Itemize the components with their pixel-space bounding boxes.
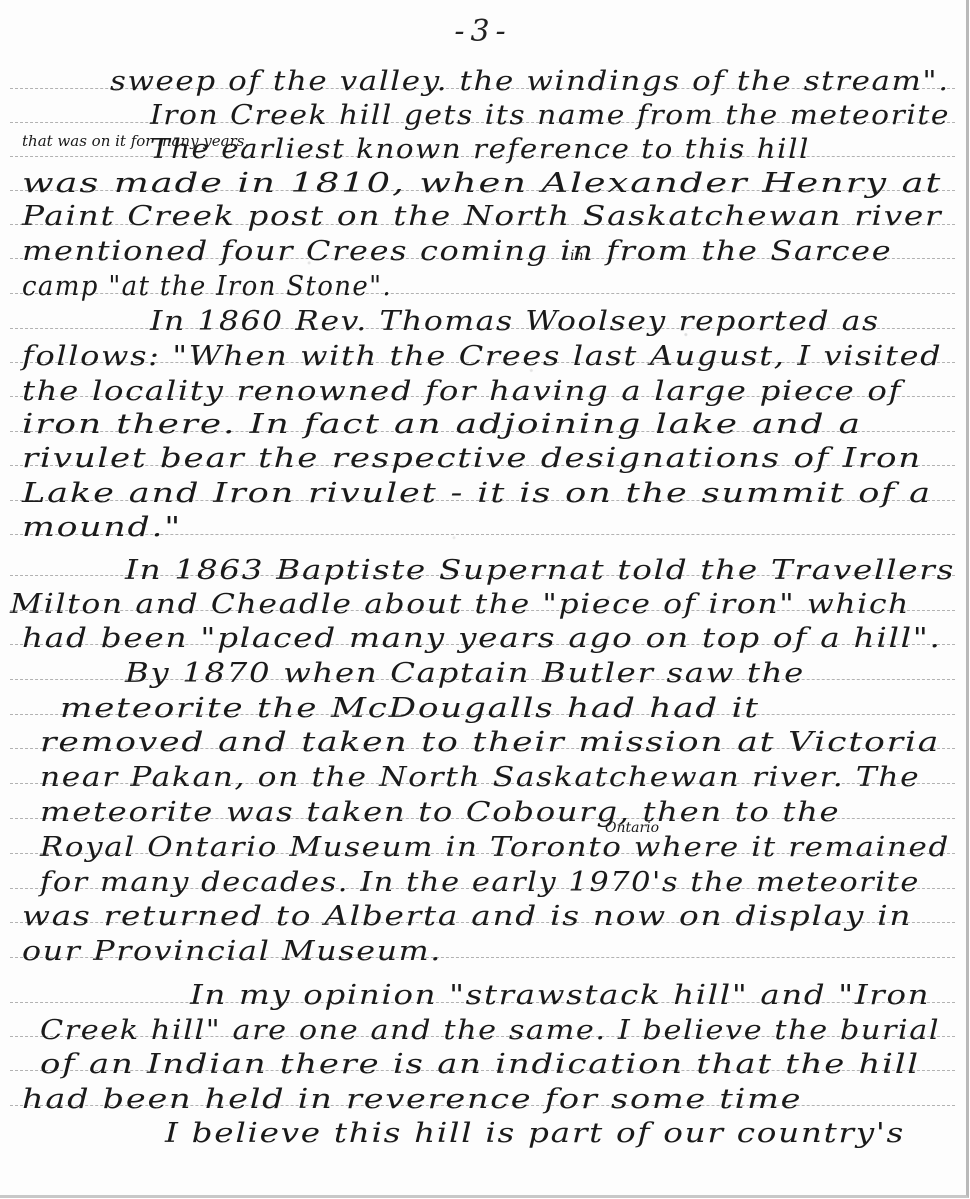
handwritten-line: Milton and Cheadle about the "piece of i…: [10, 589, 910, 620]
handwritten-line: had been held in reverence for some time: [22, 1084, 802, 1115]
handwritten-page: -3- sweep of the valley. the windings of…: [0, 0, 969, 1198]
handwritten-line: meteorite was taken to Cobourg, then to …: [40, 797, 840, 828]
handwritten-line: near Pakan, on the North Saskatchewan ri…: [40, 762, 920, 793]
handwritten-line: had been "placed many years ago on top o…: [22, 623, 942, 654]
handwritten-line: of an Indian there is an indication that…: [40, 1049, 920, 1080]
handwritten-line: mound.": [22, 512, 182, 543]
handwritten-line: follows: "When with the Crees last Augus…: [22, 341, 942, 372]
margin-note: that was on it for many years.: [22, 132, 249, 150]
handwritten-line: camp "at the Iron Stone".: [22, 271, 392, 302]
insertion-ontario: Ontario: [605, 820, 659, 836]
handwritten-line: Lake and Iron rivulet - it is on the sum…: [22, 478, 932, 509]
handwritten-line: Paint Creek post on the North Saskatchew…: [22, 201, 942, 232]
handwritten-line: Iron Creek hill gets its name from the m…: [150, 100, 950, 131]
handwritten-line: Royal Ontario Museum in Toronto where it…: [40, 832, 950, 863]
handwritten-line: was returned to Alberta and is now on di…: [22, 901, 912, 932]
insertion-in: in: [570, 248, 584, 264]
handwritten-line: our Provincial Museum.: [22, 936, 442, 967]
handwritten-line: removed and taken to their mission at Vi…: [40, 727, 940, 758]
handwritten-line: mentioned four Crees coming in from the …: [22, 236, 892, 267]
handwritten-line: In my opinion "strawstack hill" and "Iro…: [190, 980, 930, 1011]
handwritten-line: iron there. In fact an adjoining lake an…: [22, 409, 862, 440]
handwritten-line: the locality renowned for having a large…: [22, 376, 902, 407]
handwritten-line: By 1870 when Captain Butler saw the: [125, 658, 805, 689]
handwritten-line: meteorite the McDougalls had had it: [60, 693, 760, 724]
handwritten-line: Creek hill" are one and the same. I beli…: [40, 1015, 940, 1046]
handwritten-line: I believe this hill is part of our count…: [165, 1118, 905, 1149]
handwritten-line: In 1860 Rev. Thomas Woolsey reported as: [150, 306, 880, 337]
page-number: -3-: [0, 14, 966, 49]
handwritten-line: for many decades. In the early 1970's th…: [40, 867, 920, 898]
handwritten-line: sweep of the valley. the windings of the…: [110, 66, 950, 97]
handwritten-line: rivulet bear the respective designations…: [22, 443, 922, 474]
handwritten-line: was made in 1810, when Alexander Henry a…: [22, 168, 942, 199]
handwritten-line: In 1863 Baptiste Supernat told the Trave…: [125, 555, 955, 586]
